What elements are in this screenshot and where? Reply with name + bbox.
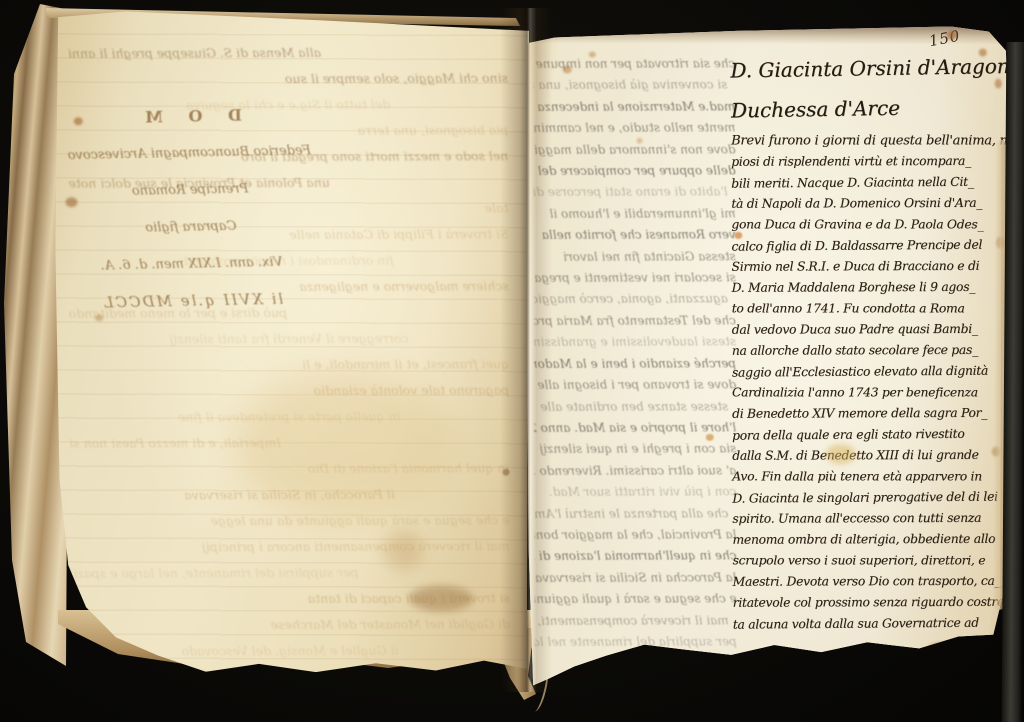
bleedthrough-line: in quel harmonia l'azione di Dio xyxy=(69,455,509,483)
manuscript-line: di Benedetto XIV memore della sagra Por_ xyxy=(732,403,1006,425)
bleedthrough-line: delle oppure per compiacere del Card. xyxy=(534,160,736,182)
left-page: alla Mensa di S. Giuseppe preghi li anni… xyxy=(54,9,529,683)
epitaph-line: Vix. ann. I.XIX men. d. 6. A. xyxy=(61,243,322,285)
bleedthrough-line: con i più vivi ritratti suor Mad. xyxy=(534,482,736,504)
bleedthrough-line: di Gaglidi nel Monaster del Marchese xyxy=(70,611,510,639)
manuscript-line: dal vedovo Duca suo Padre quasi Bambi_ xyxy=(732,319,1006,341)
bleedthrough-line: si secolari nei vestimenti e prega xyxy=(534,267,736,289)
heading-line: Duchessa d'Arce xyxy=(731,86,1008,131)
manuscript-line: Sirmio nel S.R.I. e Duca di Bracciano e … xyxy=(732,256,1006,278)
bleedthrough-line: il Paroccho, in Sicilia si riservava xyxy=(69,481,509,509)
foxing-spot xyxy=(929,642,951,651)
bleedthrough-line: mai il riceverà compensamenti ancora i p… xyxy=(70,533,510,561)
bleedthrough-line: l'abito di erano stati percorse di xyxy=(534,182,728,204)
manuscript-line: D. Giacinta le singolari prerogative del… xyxy=(732,486,1006,509)
bleedthrough-line: alla Mensa di S. Giuseppe preghi li anni xyxy=(68,39,508,67)
epitaph-bleedthrough-block: D O MFederico Buoncompagni ArcivescovoPr… xyxy=(58,95,323,322)
manuscript-line: piosi di risplendenti virtù et incompara… xyxy=(731,151,1005,173)
manuscript-line: ta alcuna volta dalla sua Governatrice a… xyxy=(733,612,1007,635)
manuscript-line: dalla S.M. di Benedetto XIII di lui gran… xyxy=(732,445,1006,467)
bleedthrough-line: dove non s'innamora della maggior xyxy=(533,139,735,161)
bleedthrough-line: correggere il Venerdì fra tanti silenzij xyxy=(69,325,509,353)
bleedthrough-line: si troverà i quali capaci di tanta xyxy=(70,585,510,613)
bleedthrough-line: stessa Giacinta fin nei lavori xyxy=(534,246,736,268)
epitaph-line: Prencipe Romano xyxy=(60,169,321,211)
manuscript-line: ritatevole col prossimo senza riguardo c… xyxy=(733,592,1007,614)
bleedthrough-line: stesse stanze ben ordinate alle xyxy=(534,396,728,418)
bleedthrough-line: che del Testamento fra Maria proprij xyxy=(534,310,736,332)
manuscript-line: menoma ombra di alterigia, obbediente al… xyxy=(732,529,1006,551)
right-page-bleedthrough: che sia ritrovata per non impunesi conve… xyxy=(533,53,737,653)
bleedthrough-line: che in quell'harmonia l'azione di Dio xyxy=(535,546,737,568)
epitaph-line: Federico Buoncompagni Arcivescovo xyxy=(59,132,320,174)
manuscript-line: Maestri. Devota verso Dio con trasporto,… xyxy=(733,571,1007,593)
heading-line: D. Giacinta Orsini d'Aragona xyxy=(730,46,1007,91)
bleedthrough-line: dove si trovano per i bisogni alle xyxy=(534,374,736,396)
bleedthrough-line: mente nello studio, e nel cammino xyxy=(533,118,735,140)
bleedthrough-line: che alla partenza le instruì l'Amb. xyxy=(534,503,728,525)
manuscript-line: D. Maria Maddalena Borghese li 9 agos_ xyxy=(732,277,1006,299)
epitaph-line: Caprara figlio xyxy=(61,206,322,248)
bleedthrough-line: mi gl'innumerabili e l'huomo il xyxy=(534,203,736,225)
foxing-spot xyxy=(645,654,671,662)
manuscript-line: na allorche dallo stato secolare fece pa… xyxy=(732,340,1006,362)
manuscript-body-text: Brevi furono i giorni di questa bell'ani… xyxy=(731,130,1007,635)
manuscript-line: Brevi furono i giorni di questa bell'ani… xyxy=(731,130,1005,151)
bleedthrough-line: pagarono tale volontà eziandio xyxy=(69,377,509,405)
bleedthrough-line: Imperiali, e di mezzo Paesi non si xyxy=(69,429,509,457)
bleedthrough-line: in quella parte si pretendeva il fine xyxy=(69,403,509,431)
bleedthrough-line: che sia ritrovata per non impune xyxy=(533,53,735,75)
manuscript-line: tà di Napoli da D. Domenico Orsini d'Ara… xyxy=(731,193,1005,215)
right-page: che sia ritrovata per non impunesi conve… xyxy=(525,25,1011,696)
bleedthrough-line: aguzzanti, agonia, cercò maggiori xyxy=(534,289,728,311)
bleedthrough-line: la Provincial, che la maggior bontà xyxy=(534,524,736,546)
bleedthrough-line: sia con i preghi e in quei silenzij xyxy=(534,439,736,461)
bleedthrough-line: l'hore il proprio e sia Mad. anno 255 xyxy=(534,417,736,439)
epitaph-line: D O M xyxy=(58,95,319,137)
bleedthrough-line: per supplirla del rimanente nel largo xyxy=(535,631,737,653)
manuscript-line: calco figlia di D. Baldassarre Prencipe … xyxy=(731,234,1005,257)
bleedthrough-line: sino chi Maggio, solo sempre il suo xyxy=(68,65,508,93)
manuscript-line: gona Duca di Gravina e da D. Paola Odes_ xyxy=(731,214,1005,235)
bleedthrough-line: mai il riceverà compensamenti, ancor xyxy=(535,610,729,632)
bleedthrough-line: vero Romanesi che fornito nella xyxy=(534,225,736,247)
manuscript-line: to dell'anno 1741. Fu condotta a Roma xyxy=(732,298,1006,319)
bleedthrough-line: per supplirsi del rimanente, nel largo e… xyxy=(70,559,510,587)
bleedthrough-line: stessi laudevolissimi e grandissimi xyxy=(534,332,736,354)
bleedthrough-line: perché eziandio i beni e la Madonna xyxy=(534,353,736,375)
chapter-heading: D. Giacinta Orsini d'AragonaDuchessa d'A… xyxy=(730,46,1007,131)
manuscript-line: saggio all'Ecclesiastico elevato alla di… xyxy=(732,360,1006,383)
bleedthrough-line: la Paroccha in Sicilia si riservava xyxy=(535,567,737,589)
manuscript-line: Cardinalizia l'anno 1743 per beneficenza xyxy=(732,382,1006,403)
manuscript-line: bili meriti. Nacque D. Giacinta nella Ci… xyxy=(731,171,1005,194)
manuscript-line: scrupolo verso i suoi superiori, diretto… xyxy=(733,550,1007,571)
cover-board-edge xyxy=(1002,42,1024,722)
bleedthrough-line: mad.e Maternzione la indecenza di xyxy=(533,96,735,118)
epitaph-line: li XVII q.le MDCCL xyxy=(62,280,323,322)
manuscript-line: Avo. Fin dalla più tenera età apparvero … xyxy=(732,466,1006,487)
bleedthrough-line: quei francesi, et il mirandoli, e li xyxy=(69,351,509,379)
bleedthrough-line: e che segua e sarà i quali aggiunte xyxy=(535,589,737,611)
manuscript-line: spirito. Umana all'eccesso con tutti sen… xyxy=(732,508,1006,530)
bleedthrough-line: si conveniva già bisognosi, una terra xyxy=(533,75,727,97)
bleedthrough-line: a' suoi altri carissimi. Riverendo il xyxy=(534,460,736,482)
manuscript-photo: alla Mensa di S. Giuseppe preghi li anni… xyxy=(0,0,1024,722)
bleedthrough-line: e che segua e sarà quali aggiunte da una… xyxy=(70,507,510,535)
manuscript-line: pora della quale era egli stato rivestit… xyxy=(732,423,1006,446)
